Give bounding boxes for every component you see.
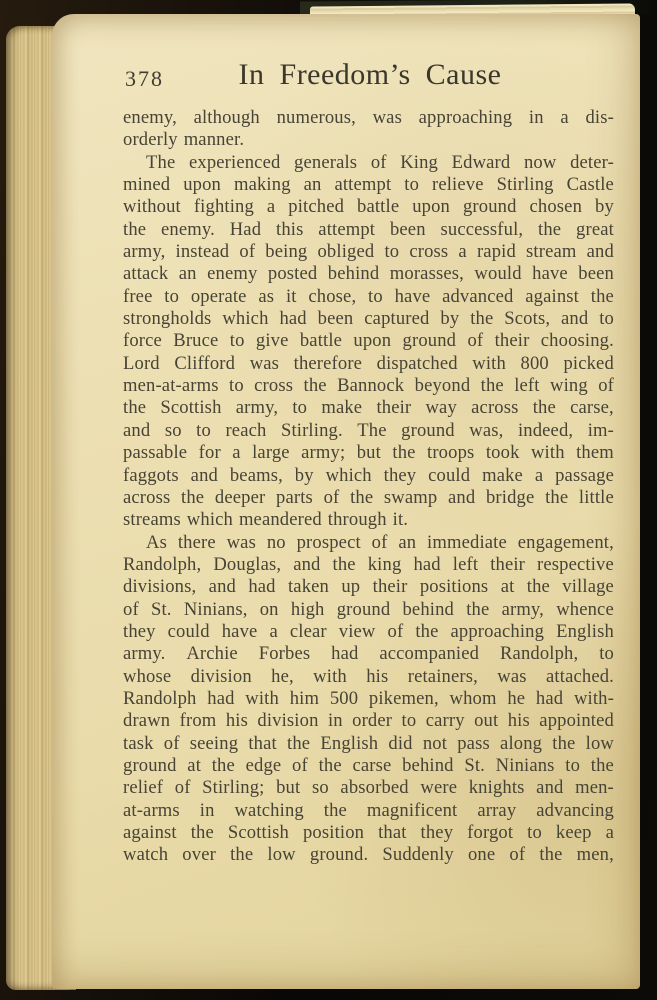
text-line: forceBrucetogivebattleupongroundoftheirc…	[123, 330, 614, 352]
text-line: Randolph,Douglas,andthekinghadlefttheirr…	[123, 554, 614, 576]
text-line: divisions,andhadtakenuptheirpositionsatt…	[123, 576, 614, 598]
text-line: strongholdswhichhadbeencapturedbytheScot…	[123, 308, 614, 330]
text-line: whosedivisionhe,withhisretainers,wasatta…	[123, 666, 614, 688]
text-line: watchoverthelowground.Suddenlyoneoftheme…	[123, 844, 614, 866]
book-page: 378 In Freedom’s Cause enemy,althoughnum…	[52, 14, 640, 989]
text-line: reliefofStirling;butsoabsorbedwereknight…	[123, 777, 614, 799]
text-line: ofSt.Ninians,onhighgroundbehindthearmy,w…	[123, 599, 614, 621]
text-line: LordCliffordwasthereforedispatchedwith80…	[123, 353, 614, 375]
text-line: theScottisharmy,tomaketheirwayacrossthec…	[123, 397, 614, 419]
text-line: men-at-armstocrosstheBannockbeyondthelef…	[123, 375, 614, 397]
text-line: againsttheScottishpositionthattheyforgot…	[123, 822, 614, 844]
text-line: taskofseeingthattheEnglishdidnotpassalon…	[123, 733, 614, 755]
text-line: TheexperiencedgeneralsofKingEdwardnowdet…	[123, 152, 614, 174]
text-line: attackanenemypostedbehindmorasses,wouldh…	[123, 263, 614, 285]
text-line: freetooperateasitchose,tohaveadvancedaga…	[123, 286, 614, 308]
text-line: army.ArchieForbeshadaccompaniedRandolph,…	[123, 643, 614, 665]
book-photo: 378 In Freedom’s Cause enemy,althoughnum…	[0, 0, 657, 1000]
text-line: withoutfightingapitchedbattleupongroundc…	[123, 196, 614, 218]
text-line: passableforalargearmy;butthetroopstookwi…	[123, 442, 614, 464]
text-line: orderlymanner.	[123, 129, 614, 151]
text-line: Randolphhadwithhim500pikemen,whomhehadwi…	[123, 688, 614, 710]
text-line: andsotoreachStirling.Thegroundwas,indeed…	[123, 420, 614, 442]
text-line: groundattheedgeofthecarsebehindSt.Ninian…	[123, 755, 614, 777]
text-line: drawnfromhisdivisioninordertocarryouthis…	[123, 710, 614, 732]
text-line: streamswhichmeanderedthroughit.	[123, 509, 614, 531]
text-line: enemy,althoughnumerous,wasapproachingina…	[123, 107, 614, 129]
text-line: theenemy.Hadthisattemptbeensuccessful,th…	[123, 219, 614, 241]
text-line: acrossthedeeperpartsoftheswampandbridget…	[123, 487, 614, 509]
text-line: Astherewasnoprospectofanimmediateengagem…	[123, 532, 614, 554]
text-line: mineduponmakinganattempttorelieveStirlin…	[123, 174, 614, 196]
body-text: enemy,althoughnumerous,wasapproachingina…	[123, 107, 614, 867]
text-line: theycouldhaveaclearviewoftheapproachingE…	[123, 621, 614, 643]
text-line: at-armsinwatchingthemagnificentarrayadva…	[123, 800, 614, 822]
text-line: faggotsandbeams,bywhichtheycouldmakeapas…	[123, 465, 614, 487]
text-line: army,insteadofbeingobligedtocrossarapids…	[123, 241, 614, 263]
page-title: In Freedom’s Cause	[125, 58, 615, 92]
